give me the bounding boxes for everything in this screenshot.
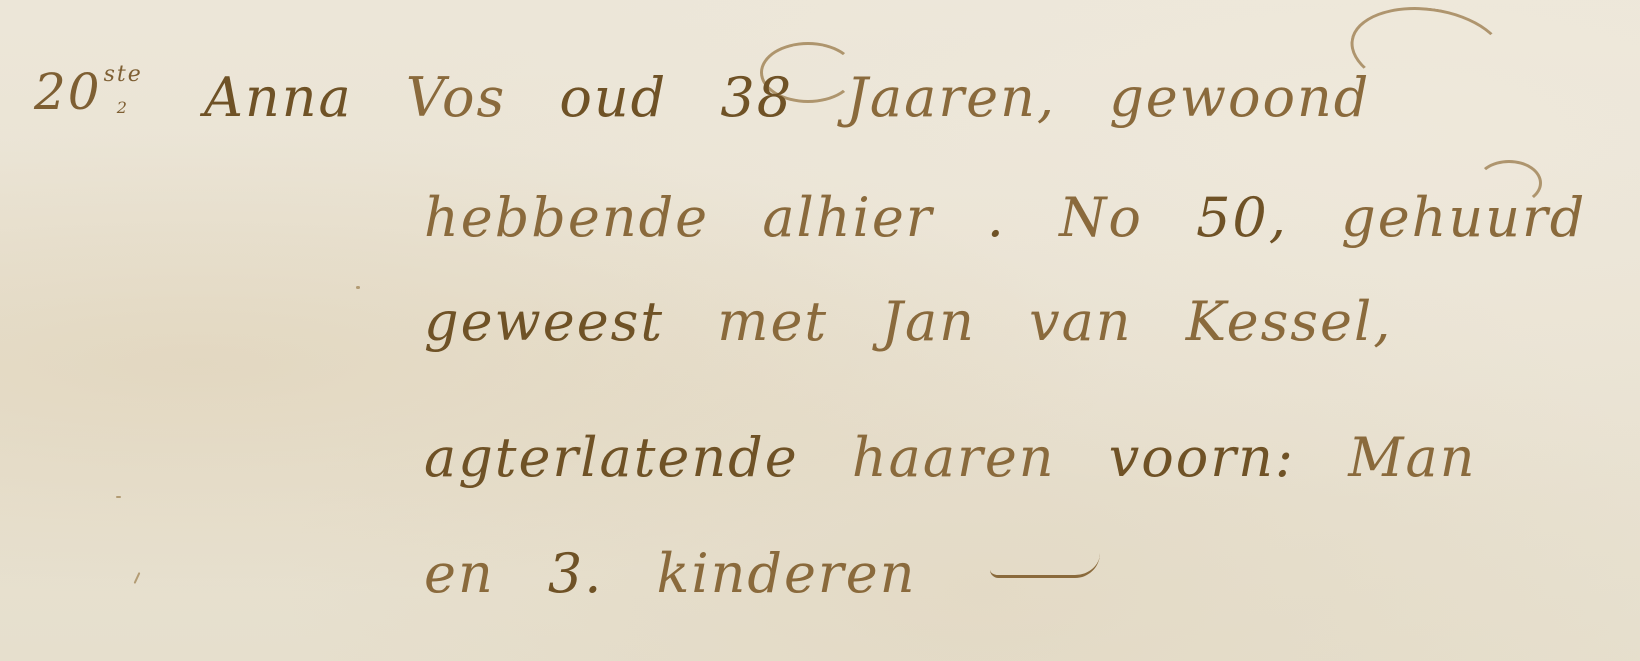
word-name-first: Anna: [204, 66, 353, 129]
word-spouse-first: Jan: [881, 290, 976, 353]
text-line-2: hebbende alhier . No 50, gehuurd: [424, 186, 1620, 249]
word-period: .: [987, 186, 1006, 249]
word-voorn: voorn:: [1109, 426, 1295, 489]
paper-speck: [116, 496, 121, 498]
word-met: met: [717, 290, 828, 353]
paper-speck: [134, 572, 141, 584]
word-gehuurd: gehuurd: [1341, 186, 1586, 249]
word-jaaren: Jaaren,: [846, 66, 1056, 129]
entry-number-suffix: ste: [104, 62, 143, 87]
entry-number-sub: 2: [117, 98, 129, 117]
word-oud: oud: [559, 66, 667, 129]
word-name-last: Vos: [406, 66, 506, 129]
text-line-1: Anna Vos oud 38 Jaaren, gewoond: [204, 66, 1404, 129]
word-spouse-last: Kessel,: [1186, 290, 1393, 353]
word-alhier: alhier: [762, 186, 933, 249]
document-page: 20ste2 Anna Vos oud 38 Jaaren, gewoond h…: [0, 0, 1640, 661]
closing-dash-flourish: [990, 553, 1100, 578]
paper-speck: [356, 286, 360, 289]
word-agterlatende: agterlatende: [424, 426, 799, 489]
word-van: van: [1029, 290, 1132, 353]
word-no: No: [1059, 186, 1143, 249]
text-line-5: en 3. kinderen: [424, 542, 1100, 605]
entry-number: 20ste2: [34, 62, 129, 121]
word-man: Man: [1348, 426, 1476, 489]
text-line-3: geweest met Jan van Kessel,: [424, 290, 1426, 353]
word-age: 38: [720, 66, 793, 129]
word-gewoond: gewoond: [1109, 66, 1370, 129]
word-house-number: 50,: [1196, 186, 1288, 249]
entry-number-value: 20: [34, 63, 102, 121]
text-line-4: agterlatende haaren voorn: Man: [424, 426, 1511, 489]
word-child-count: 3.: [548, 542, 604, 605]
word-haaren: haaren: [852, 426, 1056, 489]
word-geweest: geweest: [424, 290, 664, 353]
word-en: en: [424, 542, 495, 605]
word-kinderen: kinderen: [657, 542, 917, 605]
word-hebbende: hebbende: [424, 186, 709, 249]
